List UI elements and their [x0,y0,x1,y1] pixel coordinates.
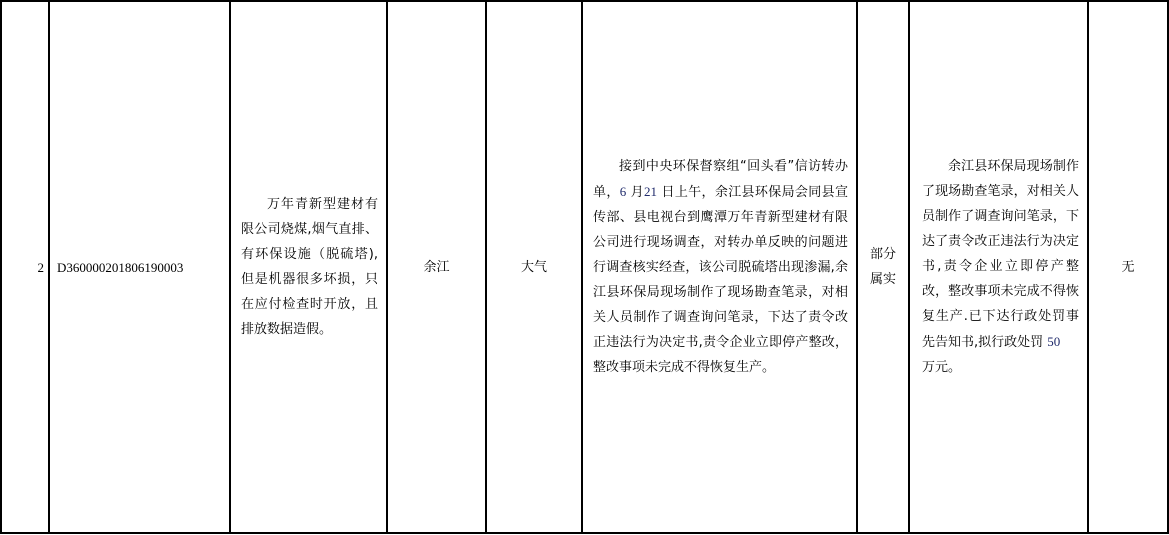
verdict-line-1: 部分 [858,242,908,267]
complaint-cell: 万年青新型建材有限公司烧煤,烟气直排、有环保设施（脱硫塔),但是机器很多坏损，只… [230,1,387,533]
pollution-type-cell: 大气 [486,1,582,533]
table-row: 2 D360000201806190003 万年青新型建材有限公司烧煤,烟气直排… [1,1,1168,533]
investigation-month-label: 月 [631,185,644,200]
district: 余江 [423,260,449,275]
complaint-record-table: 2 D360000201806190003 万年青新型建材有限公司烧煤,烟气直排… [0,0,1169,534]
accountability: 无 [1121,260,1134,275]
row-index-cell: 2 [1,1,49,533]
verdict-cell: 部分 属实 [857,1,909,533]
investigation-text: 接到中央环保督察组“回头看”信访转办单，6 月21 日上午，余江县环保局会同县宣… [583,154,856,380]
handling-cell: 余江县环保局现场制作了现场勘查笔录，对相关人员制作了调查询问笔录，下达了责令改正… [909,1,1088,533]
row-index: 2 [38,260,45,275]
accountability-cell: 无 [1088,1,1168,533]
complaint-text: 万年青新型建材有限公司烧煤,烟气直排、有环保设施（脱硫塔),但是机器很多坏损，只… [231,192,386,342]
pollution-type: 大气 [521,260,547,275]
fine-amount: 50 [1047,334,1060,349]
investigation-part2: 日上午，余江县环保局会同县宣传部、县电视台到鹰潭万年青新型建材有限公司进行现场调… [593,185,848,375]
case-code: D360000201806190003 [57,260,183,275]
handling-text: 余江县环保局现场制作了现场勘查笔录，对相关人员制作了调查询问笔录，下达了责令改正… [910,154,1087,380]
handling-part2: 万元。 [922,360,961,375]
investigation-month: 6 [620,184,627,199]
investigation-day: 21 [644,184,657,199]
handling-part1: 余江县环保局现场制作了现场勘查笔录，对相关人员制作了调查询问笔录，下达了责令改正… [922,159,1079,350]
district-cell: 余江 [387,1,486,533]
case-code-cell: D360000201806190003 [49,1,230,533]
investigation-cell: 接到中央环保督察组“回头看”信访转办单，6 月21 日上午，余江县环保局会同县宣… [582,1,857,533]
verdict-line-2: 属实 [858,267,908,292]
